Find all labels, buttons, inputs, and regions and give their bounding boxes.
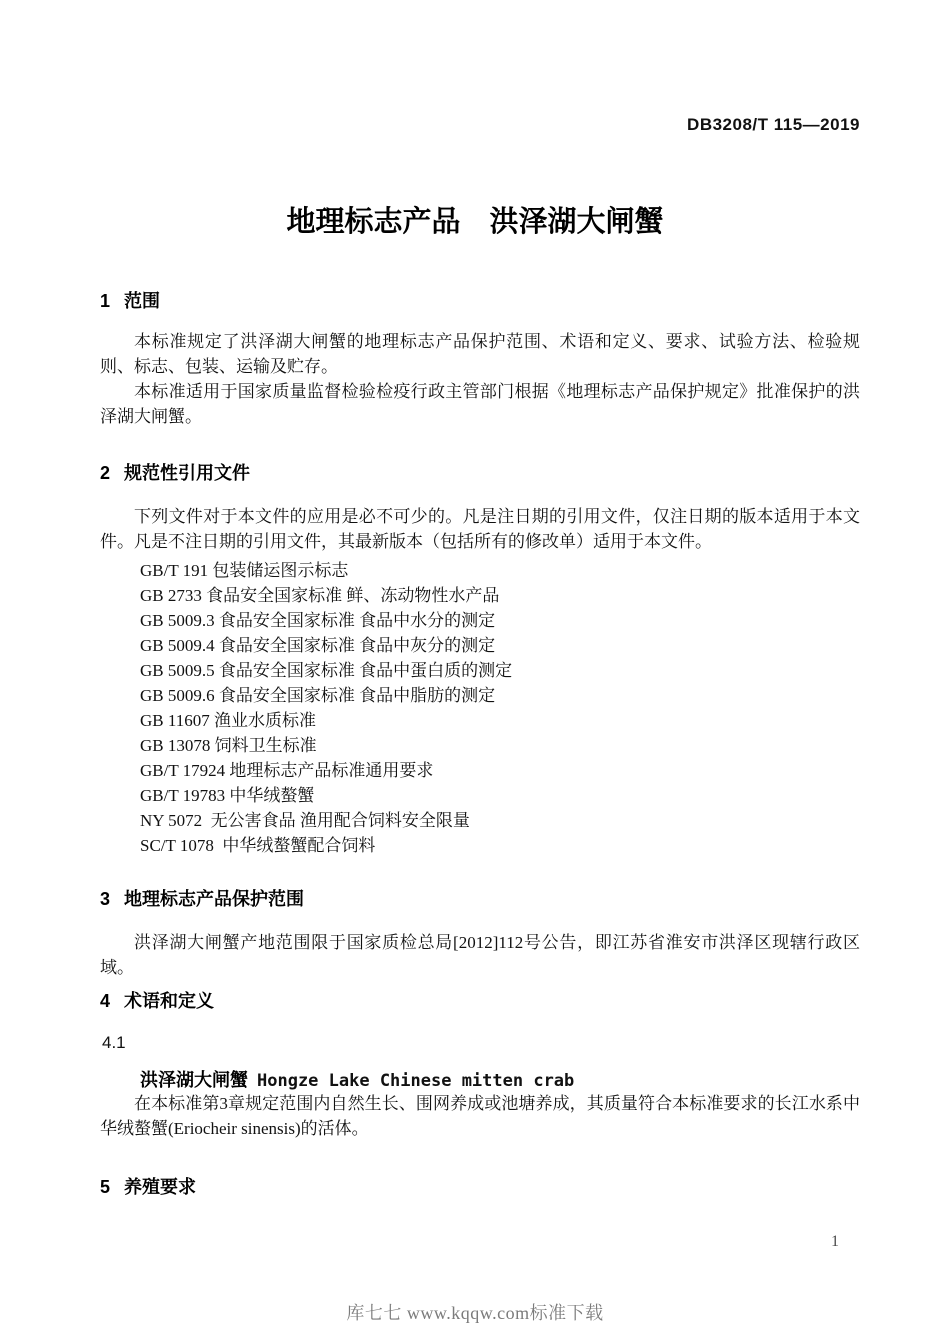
standard-code: DB3208/T 115—2019 xyxy=(687,115,860,135)
reference-item: GB/T 17924 地理标志产品标准通用要求 xyxy=(100,758,860,783)
document-page: DB3208/T 115—2019 地理标志产品 洪泽湖大闸蟹 1范围 本标准规… xyxy=(0,0,950,1344)
reference-item: GB 5009.5 食品安全国家标准 食品中蛋白质的测定 xyxy=(100,658,860,683)
reference-item: GB/T 19783 中华绒螯蟹 xyxy=(100,783,860,808)
reference-item: GB 5009.6 食品安全国家标准 食品中脂肪的测定 xyxy=(100,683,860,708)
term-chinese: 洪泽湖大闸蟹 xyxy=(140,1070,248,1090)
section-4-heading: 4术语和定义 xyxy=(100,987,860,1013)
section-number: 1 xyxy=(100,291,110,311)
section-number: 4 xyxy=(100,991,110,1011)
clause-number-4-1: 4.1 xyxy=(102,1033,126,1053)
section-2-intro-paragraph: 下列文件对于本文件的应用是必不可少的。凡是注日期的引用文件，仅注日期的版本适用于… xyxy=(100,504,860,554)
reference-item: NY 5072 无公害食品 渔用配合饲料安全限量 xyxy=(100,808,860,833)
section-3-heading: 3地理标志产品保护范围 xyxy=(100,885,860,911)
section-4-definition-paragraph: 在本标准第3章规定范围内自然生长、围网养成或池塘养成，其质量符合本标准要求的长江… xyxy=(100,1091,860,1141)
reference-item: GB 5009.3 食品安全国家标准 食品中水分的测定 xyxy=(100,608,860,633)
reference-item: SC/T 1078 中华绒螯蟹配合饲料 xyxy=(100,833,860,858)
page-number: 1 xyxy=(831,1233,839,1251)
section-1-paragraph-2: 本标准适用于国家质量监督检验检疫行政主管部门根据《地理标志产品保护规定》批准保护… xyxy=(100,379,860,429)
normative-references-list: GB/T 191 包装储运图示标志 GB 2733 食品安全国家标准 鲜、冻动物… xyxy=(100,558,860,858)
term-definition-line: 洪泽湖大闸蟹Hongze Lake Chinese mitten crab xyxy=(140,1066,574,1092)
reference-item: GB/T 191 包装储运图示标志 xyxy=(100,558,860,583)
section-title: 范围 xyxy=(124,291,160,311)
section-title: 地理标志产品保护范围 xyxy=(124,889,304,909)
section-1-heading: 1范围 xyxy=(100,287,860,313)
section-3-paragraph: 洪泽湖大闸蟹产地范围限于国家质检总局[2012]112号公告，即江苏省淮安市洪泽… xyxy=(100,930,860,980)
section-number: 3 xyxy=(100,889,110,909)
section-title: 术语和定义 xyxy=(124,991,214,1011)
term-english: Hongze Lake Chinese mitten crab xyxy=(257,1071,574,1091)
reference-item: GB 11607 渔业水质标准 xyxy=(100,708,860,733)
reference-item: GB 13078 饲料卫生标准 xyxy=(100,733,860,758)
section-title: 规范性引用文件 xyxy=(124,463,250,483)
section-5-heading: 5养殖要求 xyxy=(100,1173,860,1199)
document-title: 地理标志产品 洪泽湖大闸蟹 xyxy=(0,199,950,240)
reference-item: GB 5009.4 食品安全国家标准 食品中灰分的测定 xyxy=(100,633,860,658)
section-number: 2 xyxy=(100,463,110,483)
section-1-paragraph-1: 本标准规定了洪泽湖大闸蟹的地理标志产品保护范围、术语和定义、要求、试验方法、检验… xyxy=(100,329,860,379)
reference-item: GB 2733 食品安全国家标准 鲜、冻动物性水产品 xyxy=(100,583,860,608)
section-2-heading: 2规范性引用文件 xyxy=(100,459,860,485)
section-title: 养殖要求 xyxy=(124,1177,196,1197)
section-number: 5 xyxy=(100,1177,110,1197)
watermark-text: 库七七 www.kqqw.com标准下载 xyxy=(0,1299,950,1325)
